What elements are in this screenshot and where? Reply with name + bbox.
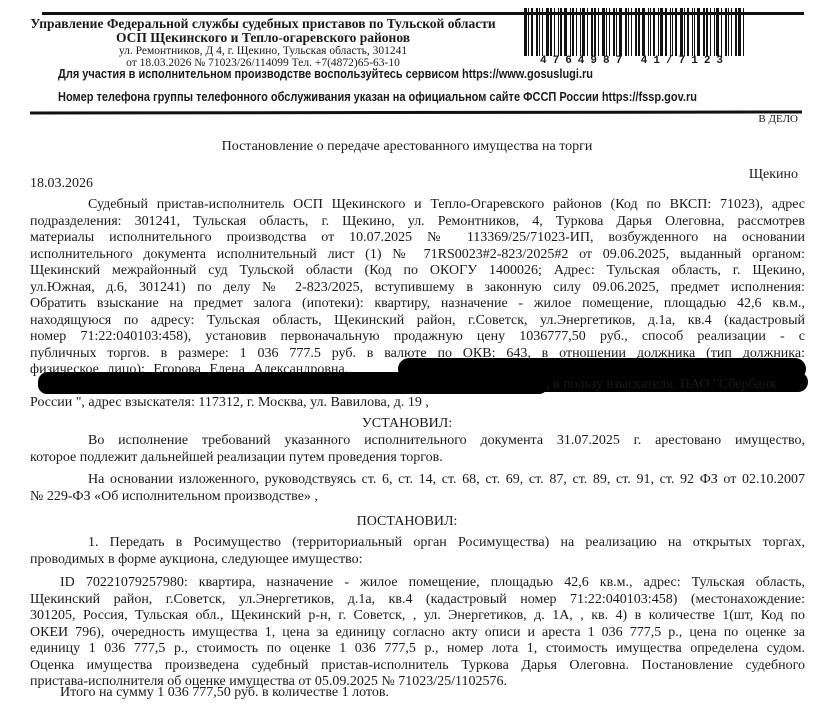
intro-line: материалы исполнительного производства о…: [30, 230, 805, 247]
barcode-number: 4764987 41/7123: [540, 55, 790, 67]
header-bottom-rule: [30, 110, 802, 114]
intro-line: находящуюся по адресу: Тульская область,…: [30, 313, 805, 330]
intro-line: номер 71:22:040103:458), установив перво…: [30, 329, 805, 346]
item1-paragraph: 1. Передать в Росимущество (территориаль…: [30, 535, 805, 568]
established-line: которое подлежит дальнейшей реализации п…: [30, 450, 805, 467]
document-city: Щекино: [749, 167, 798, 183]
item1-line: проводимых в форме аукциона, следующее и…: [30, 552, 805, 569]
established-heading: УСТАНОВИЛ:: [0, 416, 814, 432]
intro-line: ул.Южная, д.6, 301241) по делу № 2-823/2…: [30, 280, 805, 297]
established-line: Во исполнение требований указанного испо…: [30, 433, 805, 450]
creditor-address: России ", адрес взыскателя: 117312, г. М…: [30, 395, 429, 411]
property-line: Оценка имущества произведена судебный пр…: [30, 658, 805, 675]
intro-line: Обратить взыскание на предмет залога (ип…: [30, 296, 805, 313]
intro-line: подразделения: 301241, Тульская область,…: [30, 214, 805, 231]
intro-line: Судебный пристав-исполнитель ОСП Щекинск…: [30, 197, 805, 214]
property-paragraph: ID 70221079257980: квартира, назначение …: [30, 575, 805, 691]
property-line: 301205, Россия, Тульская обл., Щекинский…: [30, 608, 805, 625]
total-sum: Итого на сумму 1 036 777,50 руб. в колич…: [60, 685, 389, 701]
property-line: ID 70221079257980: квартира, назначение …: [30, 575, 805, 592]
org-name: Управление Федеральной службы судебных п…: [28, 17, 498, 31]
v-delo-mark: В ДЕЛО: [758, 113, 798, 125]
property-line: Щекинский район, г.Советск, ул.Энергетик…: [30, 592, 805, 609]
intro-line: Щекинский межрайонный суд Тульской облас…: [30, 263, 805, 280]
resolved-heading: ПОСТАНОВИЛ:: [0, 514, 814, 530]
gosuslugi-notice: Для участия в исполнительном производств…: [58, 67, 593, 81]
property-line: ОКЕИ 796), очередность имущества 1, цена…: [30, 625, 805, 642]
established-paragraph: Во исполнение требований указанного испо…: [30, 433, 805, 466]
document-date: 18.03.2026: [30, 176, 93, 192]
barcode-icon: [524, 8, 794, 56]
property-line: единицу 1 036 777,5 р., стоимость по оце…: [30, 641, 805, 658]
redacted-block: [38, 376, 548, 394]
document-title: Постановление о передаче арестованного и…: [0, 139, 814, 155]
intro-line: исполнительного документа исполнительный…: [30, 247, 805, 264]
basis-line: На основании изложенного, руководствуясь…: [30, 472, 805, 489]
basis-line: № 229-ФЗ «Об исполнительном производстве…: [30, 489, 805, 506]
phone-notice: Номер телефона группы телефонного обслуж…: [58, 90, 697, 104]
creditor-line: , в пользу взыскателя: ПАО "Сбербанк: [546, 377, 776, 393]
intro-paragraph: Судебный пристав-исполнитель ОСП Щекинск…: [30, 197, 805, 362]
basis-paragraph: На основании изложенного, руководствуясь…: [30, 472, 805, 505]
item1-line: 1. Передать в Росимущество (территориаль…: [30, 535, 805, 552]
department-name: ОСП Щекинского и Тепло-огаревского район…: [28, 31, 498, 45]
